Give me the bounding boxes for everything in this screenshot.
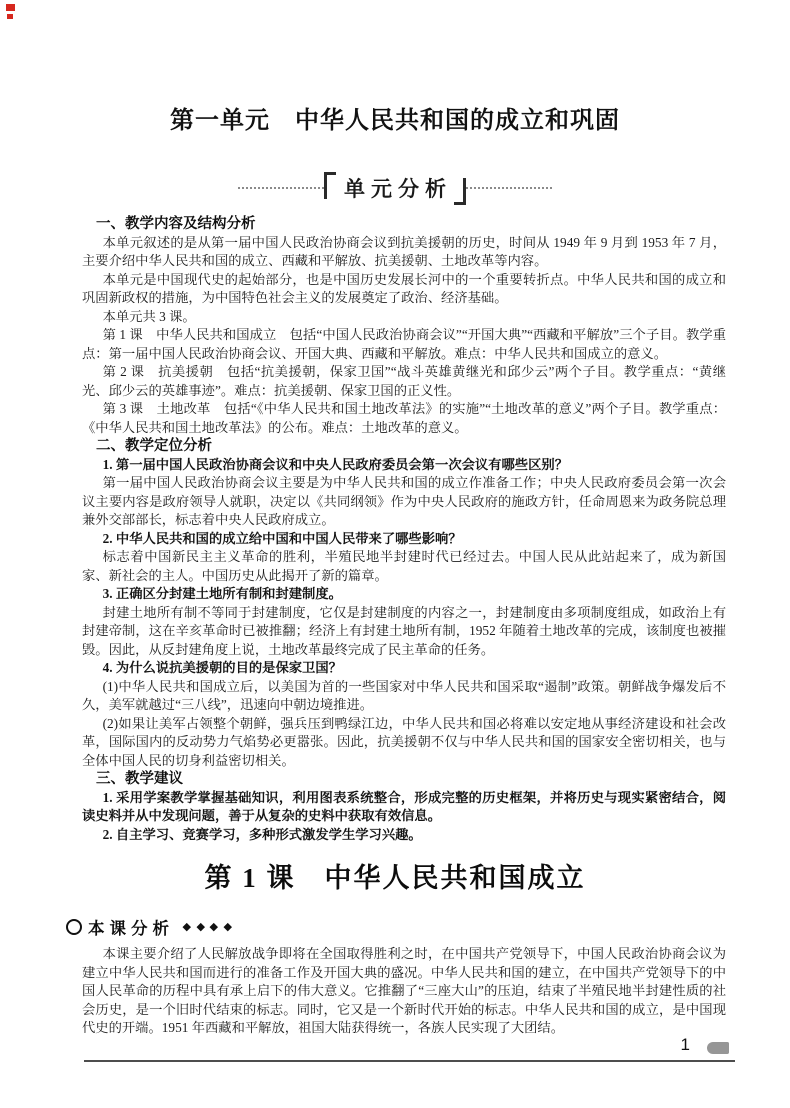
answer-paragraph: 封建土地所有制不等同于封建制度，它仅是封建制度的内容之一，封建制度由多项制度组成… (82, 604, 726, 660)
paragraph: 本单元叙述的是从第一届中国人民政治协商会议到抗美援朝的历史，时间从 1949 年… (82, 234, 726, 271)
answer-paragraph: (2)如果让美军占领整个朝鲜，强兵压到鸭绿江边，中华人民共和国必将难以安定地从事… (82, 715, 726, 771)
dotted-line-right (466, 187, 552, 189)
lesson-2-summary: 第 2 课 抗美援朝 包括“抗美援朝，保家卫国”“战斗英雄黄继光和邱少云”两个子… (82, 363, 726, 400)
question-line: 3. 正确区分封建土地所有制和封建制度。 (82, 585, 726, 604)
answer-paragraph: (1)中华人民共和国成立后，以美国为首的一些国家对中华人民共和国采取“遏制”政策… (82, 678, 726, 715)
lesson-analysis-paragraph: 本课主要介绍了人民解放战争即将在全国取得胜利之时，在中国共产党领导下，中国人民政… (82, 945, 726, 1038)
unit-analysis-content: 一、教学内容及结构分析 本单元叙述的是从第一届中国人民政治协商会议到抗美援朝的历… (82, 215, 726, 844)
footer-rule (84, 1060, 735, 1062)
lesson-analysis-heading: 本课分析 (66, 915, 790, 939)
advice-item: 1. 采用学案教学掌握基础知识，利用图表系统整合，形成完整的历史框架，并将历史与… (82, 789, 726, 826)
unit-analysis-banner: 单元分析 (0, 173, 790, 203)
question-line: 4. 为什么说抗美援朝的目的是保家卫国？ (82, 659, 726, 678)
red-mark-icon (6, 4, 15, 11)
lesson-3-summary: 第 3 课 土地改革 包括“《中华人民共和国土地改革法》的实施”“土地改革的意义… (82, 400, 726, 437)
unit-title: 第一单元 中华人民共和国的成立和巩固 (0, 0, 790, 135)
lesson-analysis-content: 本课主要介绍了人民解放战争即将在全国取得胜利之时，在中国共产党领导下，中国人民政… (82, 945, 726, 1038)
advice-item: 2. 自主学习、竞赛学习，多种形式激发学生学习兴趣。 (82, 826, 726, 845)
paragraph: 本单元是中国现代史的起始部分，也是中国历史发展长河中的一个重要转折点。中华人民共… (82, 271, 726, 308)
section-heading-2: 二、教学定位分析 (96, 437, 726, 456)
page-number: 1 (681, 1035, 690, 1055)
bracket-left-icon (324, 172, 336, 199)
section-heading-1: 一、教学内容及结构分析 (96, 215, 726, 234)
answer-paragraph: 第一届中国人民政治协商会议主要是为中华人民共和国的成立作准备工作；中央人民政府委… (82, 474, 726, 530)
diamond-dots-icon (184, 924, 230, 930)
textbook-page: 第一单元 中华人民共和国的成立和巩固 单元分析 一、教学内容及结构分析 本单元叙… (0, 0, 790, 1108)
page-tab-marker (707, 1042, 729, 1054)
question-line: 2. 中华人民共和国的成立给中国和中国人民带来了哪些影响？ (82, 530, 726, 549)
banner-label: 单元分析 (336, 173, 454, 203)
lesson-analysis-label: 本课分析 (88, 915, 174, 939)
answer-paragraph: 标志着中国新民主主义革命的胜利，半殖民地半封建时代已经过去。中国人民从此站起来了… (82, 548, 726, 585)
lesson-1-summary: 第 1 课 中华人民共和国成立 包括“中国人民政治协商会议”“开国大典”“西藏和… (82, 326, 726, 363)
section-heading-3: 三、教学建议 (96, 770, 726, 789)
lesson-title: 第 1 课 中华人民共和国成立 (0, 856, 790, 895)
circle-bullet-icon (66, 919, 82, 935)
dotted-line-left (238, 187, 324, 189)
bracket-right-icon (454, 178, 466, 205)
question-line: 1. 第一届中国人民政治协商会议和中央人民政府委员会第一次会议有哪些区别？ (82, 456, 726, 475)
red-mark-icon (7, 14, 13, 19)
paragraph: 本单元共 3 课。 (82, 308, 726, 327)
